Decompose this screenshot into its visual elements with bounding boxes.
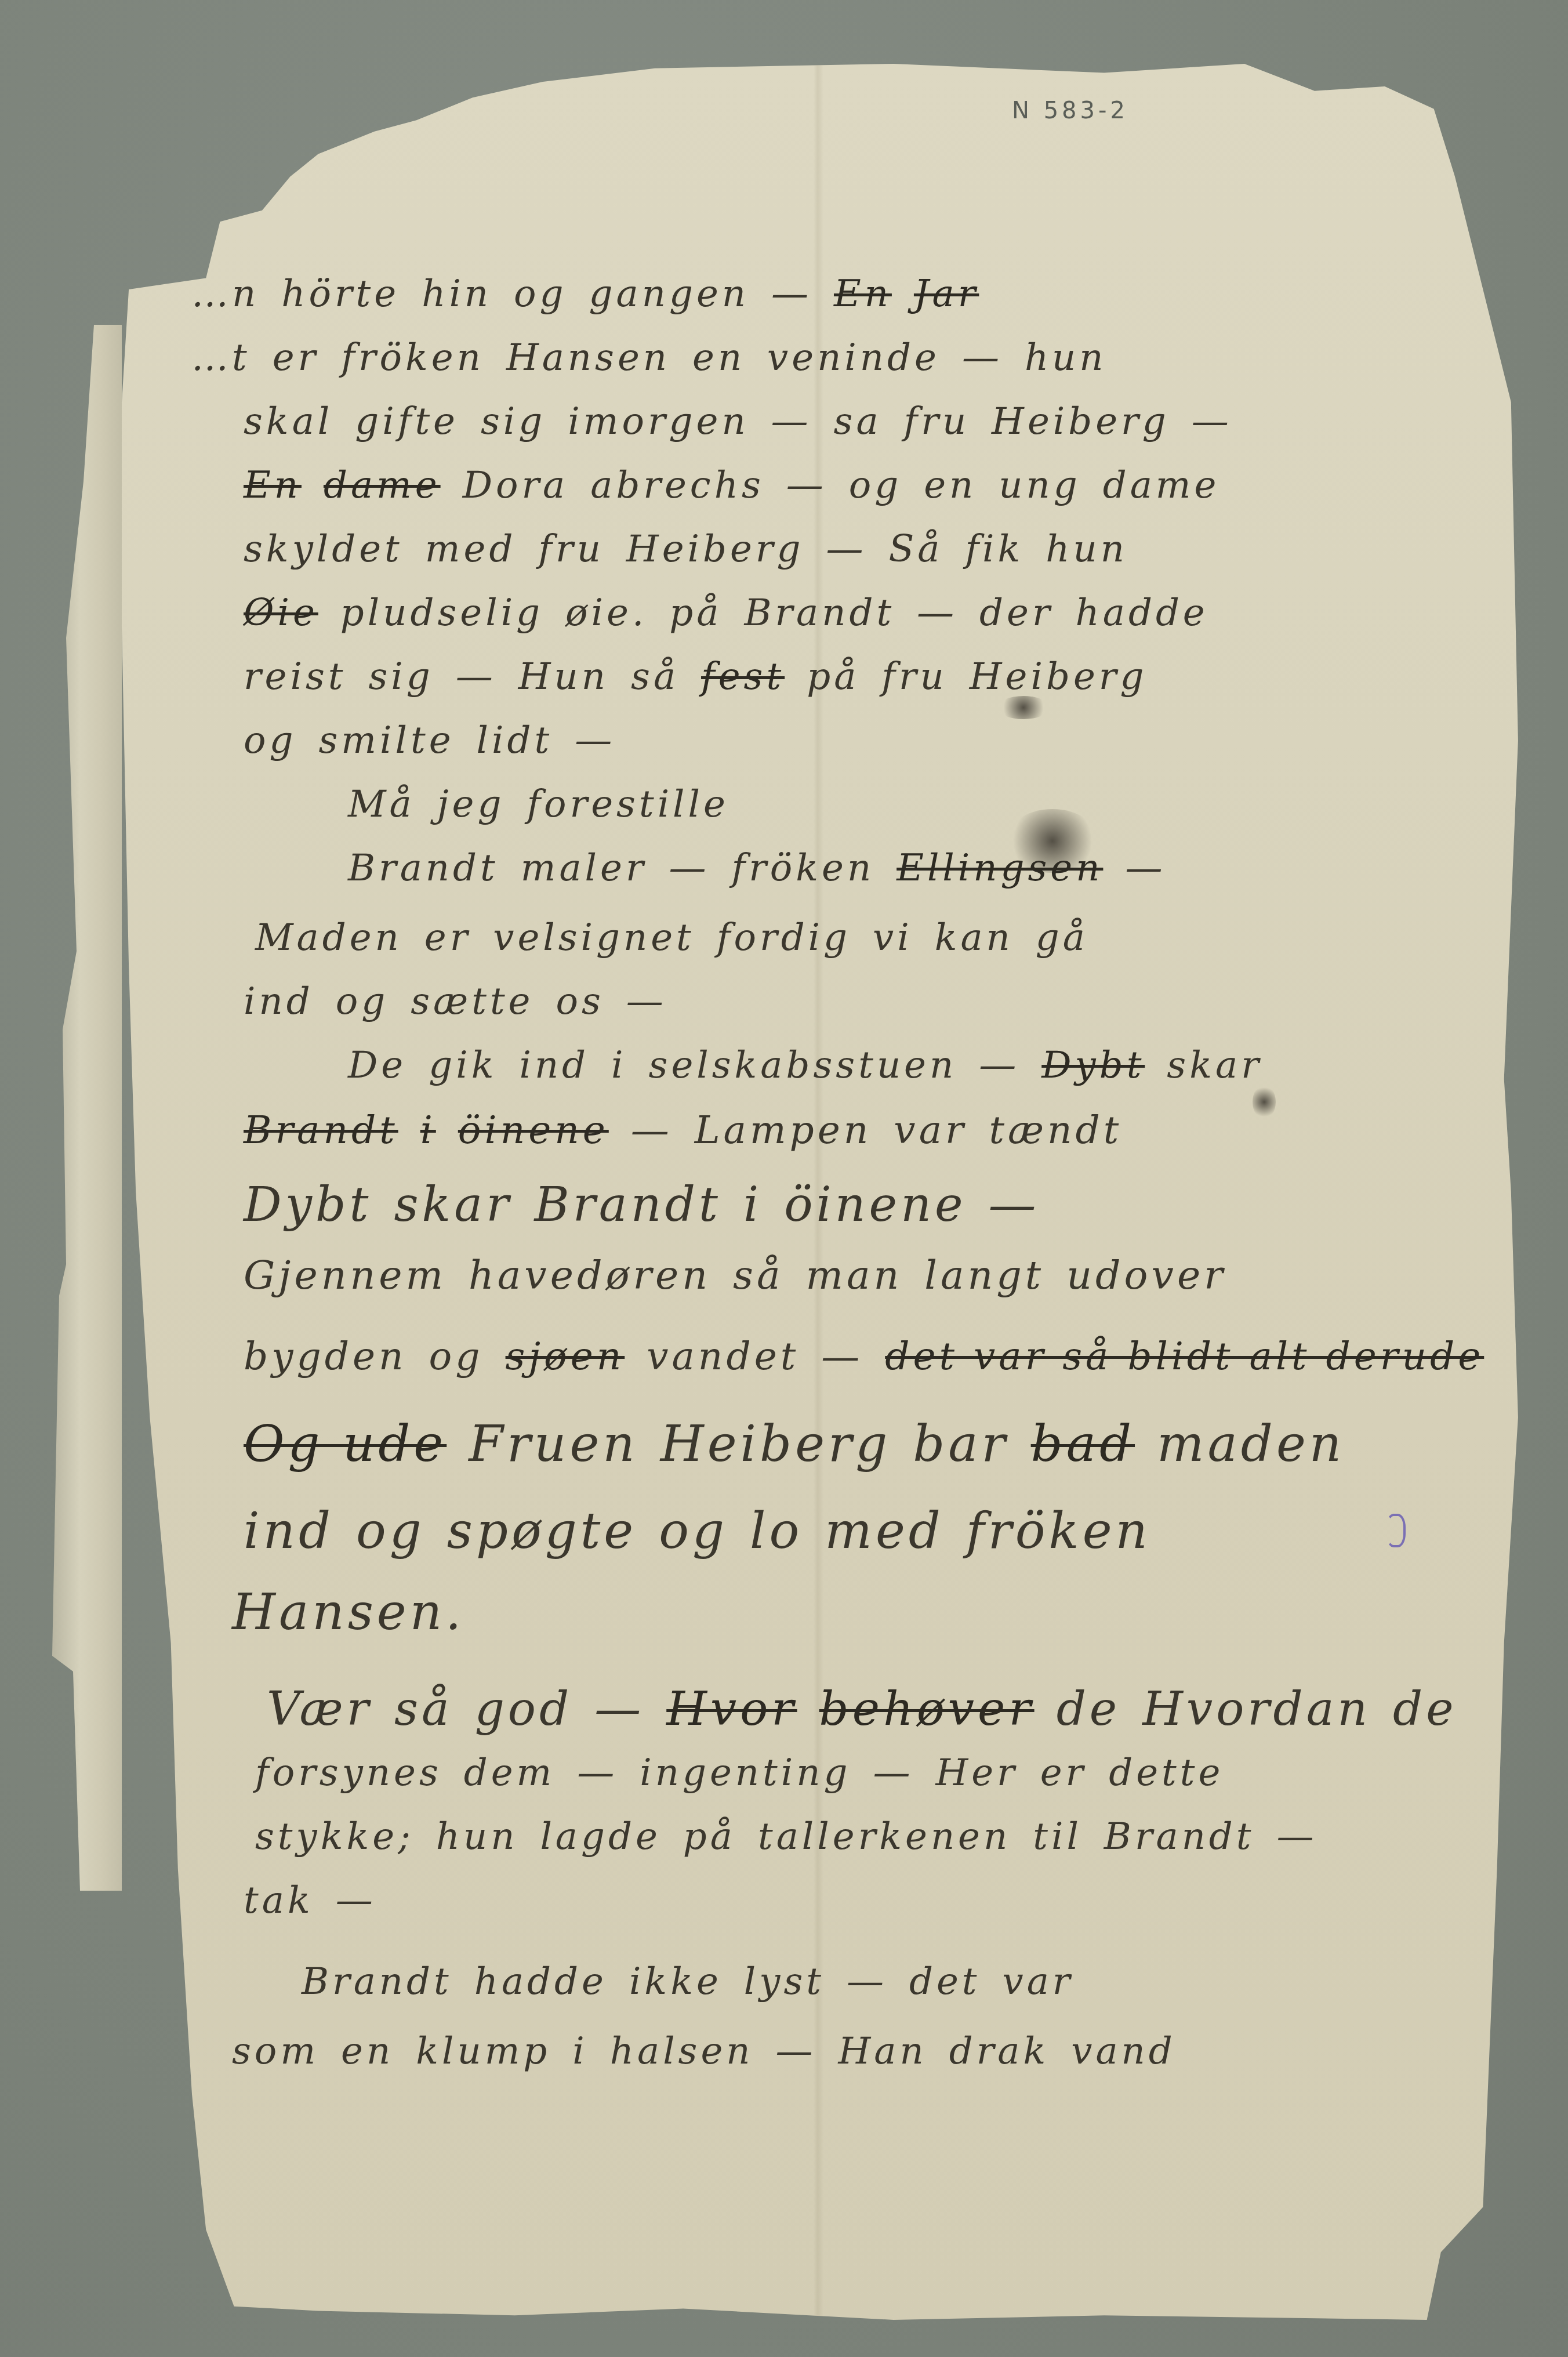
word: Gjennem: [244, 1253, 447, 1299]
word: sa: [834, 400, 882, 443]
word: sig: [369, 655, 434, 698]
word: ind: [244, 1502, 334, 1560]
word: —: [847, 1960, 887, 2003]
word: hörte: [281, 273, 400, 316]
manuscript-line: …terfrökenHansenenveninde—hun: [191, 336, 1129, 379]
word: og: [244, 719, 297, 762]
word: Brandt: [744, 592, 895, 634]
word: en: [692, 336, 745, 379]
word: skal: [244, 400, 333, 443]
manuscript-line: skyldetmedfruHeiberg—Såfikhun: [244, 528, 1150, 571]
archive-id-label: N 583-2: [1012, 97, 1128, 124]
manuscript-line: DybtskarBrandtiöinene—: [244, 1177, 1062, 1232]
word: Dybt: [244, 1177, 372, 1232]
word: reist: [244, 655, 347, 698]
word: maden: [1157, 1415, 1345, 1473]
word: gangen: [589, 273, 749, 316]
word: ikke: [629, 1960, 722, 2003]
word: maler: [521, 847, 647, 890]
word: og: [336, 980, 389, 1023]
word: Hansen: [506, 336, 670, 379]
manuscript-line: Degikindiselskabsstuen—Dybtskar: [348, 1044, 1284, 1087]
word: Brandt: [534, 1177, 721, 1232]
word: tændt: [989, 1108, 1123, 1152]
word: Heiberg: [626, 528, 804, 571]
word: —: [786, 464, 827, 507]
word: langt: [924, 1253, 1044, 1299]
word: fordig: [717, 916, 851, 959]
word: —: [669, 847, 709, 890]
word: det: [909, 1960, 981, 2003]
word: ingenting: [640, 1752, 851, 1794]
manuscript-line: EndameDoraabrechs—ogenungdame: [244, 464, 1242, 507]
word: —: [776, 2030, 816, 2073]
word: Han: [839, 2030, 927, 2073]
word: Så: [888, 528, 943, 571]
word: er: [1040, 1752, 1087, 1794]
word: var: [1003, 1960, 1074, 2003]
word: var: [894, 1108, 967, 1152]
word: os: [556, 980, 604, 1023]
word: i: [743, 1177, 762, 1232]
word: Maden: [255, 916, 402, 959]
manuscript-line: skalgiftesigimorgen—safruHeiberg—: [244, 400, 1254, 443]
word: hadde: [474, 1960, 607, 2003]
word: der: [979, 592, 1053, 634]
word: og: [356, 1502, 425, 1560]
word: forestille: [527, 783, 729, 826]
struck-word: Jar: [914, 273, 979, 316]
word: —: [917, 592, 957, 634]
word: en: [341, 2030, 394, 2073]
word: Brandt: [302, 1960, 452, 2003]
word: fru: [904, 400, 970, 443]
violet-pencil-mark: [1386, 1514, 1406, 1547]
word: Fruen: [469, 1415, 638, 1473]
word: til: [1033, 1815, 1082, 1858]
struck-word: Dybt: [1041, 1044, 1145, 1087]
word: i: [611, 1044, 626, 1087]
word: …n: [191, 273, 259, 316]
struck-word: det var så blidt alt derude: [885, 1334, 1484, 1379]
manuscript-line: Hansen.: [232, 1583, 487, 1641]
manuscript-line: reistsig—HunsåfestpåfruHeiberg: [244, 655, 1169, 698]
word: Dora: [463, 464, 569, 507]
word: gå: [1036, 916, 1088, 959]
word: dame: [1103, 464, 1220, 507]
manuscript-line: …nhörtehinoggangen—EnJar: [191, 273, 1001, 316]
word: ind: [519, 1044, 589, 1087]
manuscript-line: Brandtiöinene—Lampenvartændt: [244, 1108, 1144, 1152]
struck-word: dame: [324, 464, 441, 507]
word: fröken: [341, 336, 484, 379]
word: Må: [348, 783, 415, 826]
word: —: [979, 1044, 1019, 1087]
word: —: [826, 528, 866, 571]
struck-word: fest: [701, 655, 785, 698]
word: —: [989, 1177, 1040, 1232]
word: —: [575, 719, 615, 762]
word: abrechs: [590, 464, 764, 507]
word: og: [659, 1502, 728, 1560]
manuscript-line: Måjegforestille: [348, 783, 751, 826]
manuscript-line: somenklumpihalsen—Handrakvand: [232, 2030, 1198, 2073]
word: Hansen.: [232, 1583, 464, 1641]
word: fru: [538, 528, 604, 571]
word: så: [733, 1253, 783, 1299]
word: Heiberg: [992, 400, 1170, 443]
word: fröken: [966, 1502, 1151, 1560]
word: skyldet: [244, 528, 403, 571]
word: öinene: [784, 1177, 966, 1232]
word: skar: [394, 1177, 513, 1232]
ink-dot: [1253, 1085, 1276, 1119]
word: udover: [1066, 1253, 1226, 1299]
word: —: [771, 400, 812, 443]
struck-word: Brandt: [244, 1108, 398, 1152]
word: —: [1125, 847, 1166, 890]
word: pludselig: [340, 592, 543, 634]
word: Hvordan: [1142, 1682, 1371, 1736]
manuscript-line: forsynesdem—ingenting—Hererdette: [255, 1752, 1246, 1794]
struck-word: i: [420, 1108, 436, 1152]
word: hun: [1046, 528, 1128, 571]
manuscript-line: Værsågod—HvorbehøverdeHvordande: [267, 1682, 1479, 1736]
word: med: [825, 1502, 944, 1560]
word: —: [631, 1108, 673, 1152]
word: De: [348, 1044, 406, 1087]
word: —: [336, 1879, 376, 1922]
word: sig: [481, 400, 546, 443]
word: de: [1393, 1682, 1457, 1736]
word: hin: [422, 273, 492, 316]
word: spøgte: [447, 1502, 637, 1560]
manuscript-line: Øiepludseligøie.påBrandt—derhadde: [244, 592, 1231, 634]
struck-word: Og ude: [244, 1415, 447, 1473]
word: fru: [881, 655, 948, 698]
word: i: [572, 2030, 587, 2073]
word: imorgen: [568, 400, 749, 443]
word: —: [456, 655, 496, 698]
word: jeg: [437, 783, 505, 826]
word: —: [821, 1334, 863, 1379]
word: dette: [1109, 1752, 1224, 1794]
word: tallerkenen: [758, 1815, 1011, 1858]
manuscript-line: Madenervelsignetfordigvikangå: [255, 916, 1110, 959]
word: —: [626, 980, 667, 1023]
word: Vær: [267, 1682, 372, 1736]
word: fik: [965, 528, 1023, 571]
word: —: [771, 273, 812, 316]
word: så: [394, 1682, 453, 1736]
manuscript-line: Brandthaddeikkelyst—detvar: [302, 1960, 1095, 2003]
manuscript-line: Gjennemhavedørensåmanlangtudover: [244, 1253, 1248, 1299]
word: bygden: [244, 1334, 407, 1379]
word: hun: [436, 1815, 518, 1858]
word: og: [429, 1334, 484, 1379]
manuscript-line: stykke;hunlagdepåtallerkenentilBrandt—: [255, 1815, 1340, 1858]
struck-word: bad: [1031, 1415, 1135, 1473]
word: på: [669, 592, 722, 634]
word: —: [594, 1682, 644, 1736]
word: Her: [935, 1752, 1018, 1794]
word: hadde: [1076, 592, 1208, 634]
word: selskabsstuen: [649, 1044, 957, 1087]
word: Heiberg: [970, 655, 1148, 698]
word: en: [924, 464, 977, 507]
word: kan: [935, 916, 1014, 959]
ink-smudge: [997, 696, 1050, 719]
word: på: [807, 655, 859, 698]
struck-word: En: [834, 273, 892, 316]
struck-word: behøver: [819, 1682, 1035, 1736]
word: lidt: [477, 719, 553, 762]
word: forsynes: [255, 1752, 442, 1794]
word: med: [425, 528, 517, 571]
word: er: [424, 916, 471, 959]
word: halsen: [610, 2030, 754, 2073]
word: vand: [1071, 2030, 1176, 2073]
word: man: [805, 1253, 902, 1299]
word: Brandt: [1104, 1815, 1255, 1858]
manuscript-line: indogspøgteoglomedfröken: [244, 1502, 1173, 1560]
word: dem: [464, 1752, 556, 1794]
word: veninde: [767, 336, 940, 379]
struck-word: Hvor: [666, 1682, 797, 1736]
word: —: [1192, 400, 1232, 443]
word: øie.: [565, 592, 647, 634]
word: Brandt: [348, 847, 499, 890]
word: som: [232, 2030, 319, 2073]
word: —: [1277, 1815, 1317, 1858]
word: hun: [1025, 336, 1107, 379]
word: lo: [750, 1502, 803, 1560]
word: vandet: [647, 1334, 799, 1379]
word: klump: [416, 2030, 550, 2073]
struck-word: sjøen: [506, 1334, 625, 1379]
struck-word: Øie: [244, 592, 318, 634]
word: lagde: [540, 1815, 660, 1858]
word: de: [1057, 1682, 1121, 1736]
word: drak: [949, 2030, 1050, 2073]
word: —: [962, 336, 1003, 379]
word: ind: [244, 980, 314, 1023]
struck-word: öinene: [458, 1108, 609, 1152]
word: velsignet: [493, 916, 695, 959]
word: på: [683, 1815, 736, 1858]
word: er: [273, 336, 319, 379]
manuscript-line: ogsmiltelidt—: [244, 719, 637, 762]
word: god: [475, 1682, 573, 1736]
word: Heiberg: [660, 1415, 891, 1473]
word: ung: [999, 464, 1080, 507]
struck-word: En: [244, 464, 302, 507]
manuscript-line: tak—: [244, 1879, 398, 1922]
word: gik: [429, 1044, 497, 1087]
word: —: [577, 1752, 618, 1794]
word: havedøren: [469, 1253, 711, 1299]
word: Lampen: [695, 1108, 872, 1152]
word: smilte: [319, 719, 455, 762]
word: så: [631, 655, 679, 698]
manuscript-line: Og udeFruenHeibergbarbadmaden: [244, 1415, 1367, 1473]
word: …t: [191, 336, 251, 379]
word: tak: [244, 1879, 314, 1922]
word: lyst: [744, 1960, 825, 2003]
word: skar: [1167, 1044, 1262, 1087]
word: stykke;: [255, 1815, 414, 1858]
manuscript-line: bygdenogsjøenvandet—det var så blidt alt…: [244, 1334, 1506, 1379]
word: —: [873, 1752, 913, 1794]
word: vi: [873, 916, 913, 959]
manuscript-line: indogsætteos—: [244, 980, 689, 1023]
word: og: [849, 464, 902, 507]
ink-blot: [1006, 809, 1099, 873]
word: Hun: [518, 655, 609, 698]
word: bar: [913, 1415, 1008, 1473]
word: gifte: [355, 400, 459, 443]
word: fröken: [731, 847, 874, 890]
word: og: [514, 273, 567, 316]
word: sætte: [411, 980, 533, 1023]
